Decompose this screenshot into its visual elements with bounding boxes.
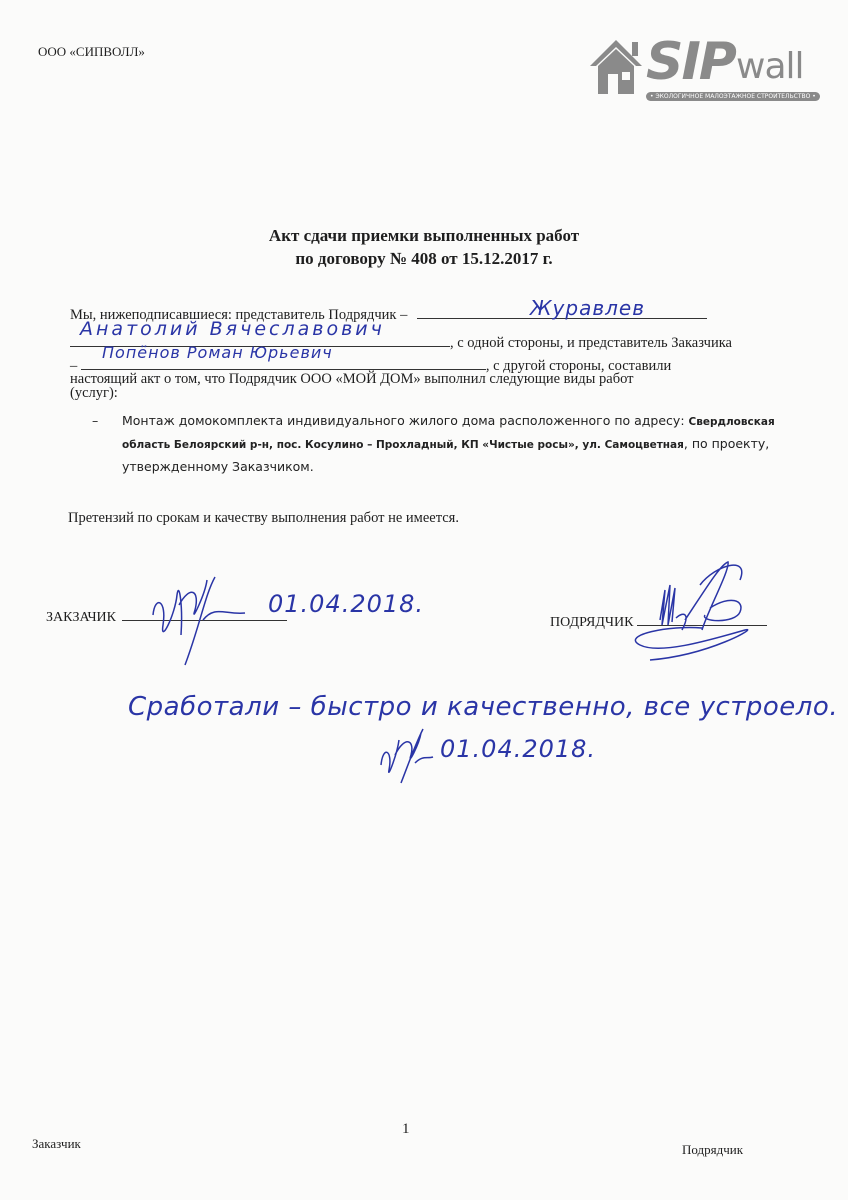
logo-brand-sub: wall (736, 46, 804, 87)
contractor-rep-handwritten-1: Журавлев (530, 296, 645, 320)
title-line-1: Акт сдачи приемки выполненных работ (0, 224, 848, 247)
intro-line-4: настоящий акт о том, что Подрядчик ООО «… (70, 369, 634, 390)
claims-statement: Претензий по срокам и качеству выполнени… (68, 510, 459, 527)
footer-contractor: Подрядчик (682, 1142, 743, 1158)
contractor-signature (590, 560, 790, 670)
work-item-text: Монтаж домокомплекта индивидуального жил… (122, 410, 802, 478)
contractor-rep-handwritten-2: Анатолий Вячеславович (80, 318, 385, 340)
footer-customer: Заказчик (32, 1136, 81, 1152)
customer-rep-handwritten: Попёнов Роман Юрьевич (102, 343, 333, 362)
intro-mid: , с одной стороны, и представитель Заказ… (450, 335, 732, 351)
page-number: 1 (402, 1121, 410, 1138)
handwritten-note: Сработали – быстро и качественно, все ус… (128, 692, 838, 722)
note-date: 01.04.2018. (440, 735, 596, 763)
note-signature (375, 725, 435, 785)
customer-signature (145, 575, 255, 670)
intro-line-5: (услуг): (70, 383, 118, 404)
company-logo: SIP wall • ЭКОЛОГИЧНОЕ МАЛОЭТАЖНОЕ СТРОИ… (586, 30, 801, 108)
company-name: ООО «СИПВОЛЛ» (38, 44, 145, 60)
customer-sign-date: 01.04.2018. (268, 590, 424, 618)
customer-label: ЗАКЗАЧИК (46, 610, 116, 625)
document-title: Акт сдачи приемки выполненных работ по д… (0, 224, 848, 270)
logo-tagline: • ЭКОЛОГИЧНОЕ МАЛОЭТАЖНОЕ СТРОИТЕЛЬСТВО … (646, 92, 820, 101)
title-line-2: по договору № 408 от 15.12.2017 г. (0, 247, 848, 270)
work-item-text-before: Монтаж домокомплекта индивидуального жил… (122, 413, 689, 428)
bullet-dash: – (92, 410, 98, 432)
logo-brand-main: SIP (646, 32, 735, 92)
